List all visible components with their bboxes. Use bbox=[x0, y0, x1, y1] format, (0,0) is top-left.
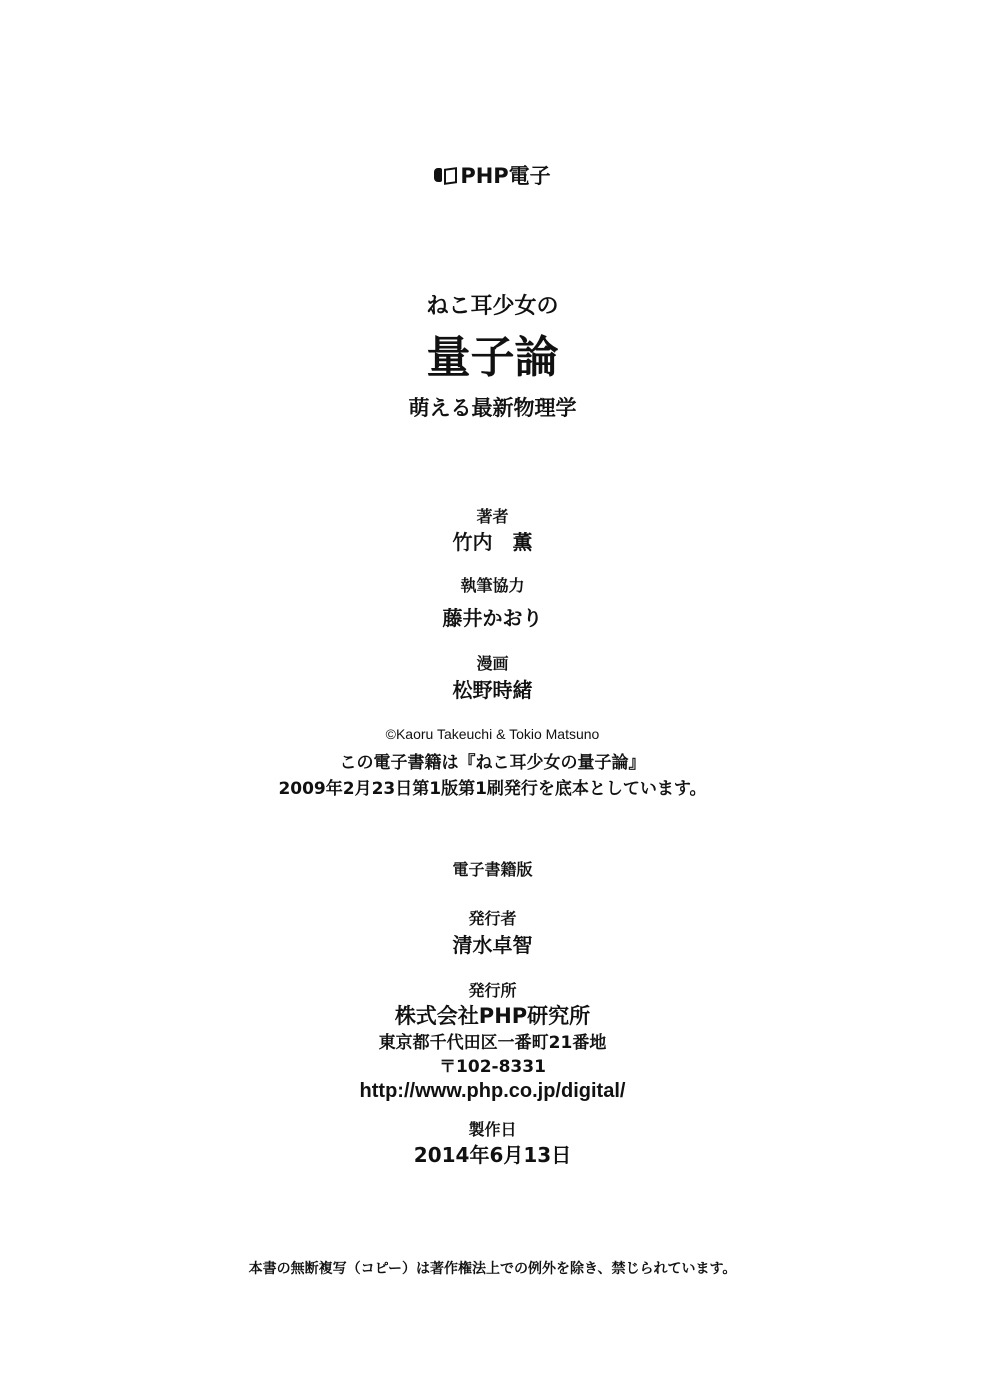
publisher-label: 発行者 bbox=[0, 911, 985, 927]
source-note-line-2: 2009年2月23日第1版第1刷発行を底本としています。 bbox=[0, 781, 985, 798]
publisher-logo: PHP電子 bbox=[0, 160, 985, 190]
publishing-house-label: 発行所 bbox=[0, 983, 985, 999]
publishing-house-name: 株式会社PHP研究所 bbox=[0, 1006, 985, 1027]
publishing-house-address: 東京都千代田区一番町21番地 bbox=[0, 1035, 985, 1052]
book-icon bbox=[434, 167, 456, 183]
writing-cooperation-label: 執筆協力 bbox=[0, 578, 985, 594]
manga-artist-name: 松野時緒 bbox=[0, 680, 985, 700]
production-date: 2014年6月13日 bbox=[0, 1145, 985, 1165]
publisher-name: 清水卓智 bbox=[0, 935, 985, 955]
publisher-logo-text: PHP電子 bbox=[460, 160, 550, 190]
production-date-label: 製作日 bbox=[0, 1122, 985, 1138]
source-note-line-1: この電子書籍は『ねこ耳少女の量子論』 bbox=[0, 755, 985, 772]
author-label: 著者 bbox=[0, 509, 985, 525]
copyright-notice: ©Kaoru Takeuchi & Tokio Matsuno bbox=[0, 727, 985, 741]
author-name: 竹内 薫 bbox=[0, 532, 985, 552]
publishing-house-url[interactable]: http://www.php.co.jp/digital/ bbox=[0, 1081, 985, 1101]
writing-cooperation-name: 藤井かおり bbox=[0, 608, 985, 628]
manga-label: 漫画 bbox=[0, 656, 985, 672]
edition-label: 電子書籍版 bbox=[0, 862, 985, 878]
copy-prohibition-notice: 本書の無断複写（コピー）は著作権法上での例外を除き、禁じられています。 bbox=[0, 1262, 985, 1276]
publishing-house-postal-code: 〒102-8331 bbox=[0, 1059, 985, 1076]
title-prefix: ねこ耳少女の bbox=[0, 296, 985, 318]
book-title: 量子論 bbox=[0, 336, 985, 380]
book-tagline: 萌える最新物理学 bbox=[0, 398, 985, 419]
